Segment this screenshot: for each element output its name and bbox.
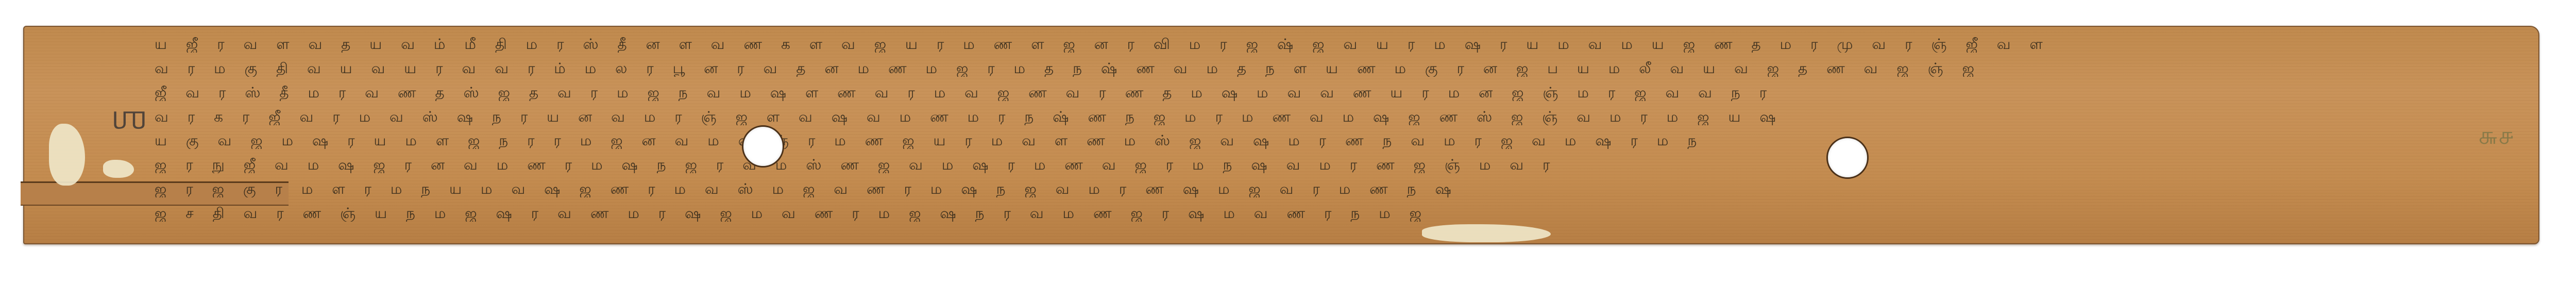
damage-patch-left-small — [103, 160, 134, 178]
text-line: ய கு வ ஜ ம ஷ ர ய ம ள ஜ ந ர ர ம ஜ ன வ ம ஷ… — [155, 132, 2349, 149]
text-line: ய ஜீ ர வ ள வ த ய வ ம் மீ தி ம ர ஸ் தீ ன … — [155, 36, 2349, 53]
left-margin-mark: ஶ — [111, 95, 148, 142]
text-line: ஜ ர ஜ கு ர ம ள ர ம ந ய ம வ ஷ ஜ ண ர ம வ ஸ… — [155, 181, 2349, 197]
manuscript-text: ய ஜீ ர வ ள வ த ய வ ம் மீ தி ம ர ஸ் தீ ன … — [155, 36, 2349, 222]
text-line: ஜ ர நு ஜீ வ ம ஷ ஜ ர ன வ ம ண ர ம ஷ ந ஜ ர … — [155, 157, 2349, 173]
binding-hole-right — [1826, 137, 1869, 179]
text-line: ஜ ச தி வ ர ண ஞ் ய ந ம ஜ ஷ ர வ ண ம ர ஷ ஜ … — [155, 205, 2349, 222]
damage-patch-bottom — [1422, 224, 1551, 242]
text-line: ஜீ வ ர ஸ் தீ ம ர வ ண த ஸ் ஜ த வ ர ம ஜ ந … — [155, 85, 2349, 101]
text-line: வ ர ம கு தி வ ய வ ய ர வ வ ர ம் ம ல ர பூ … — [155, 60, 2349, 77]
text-line: வ ர க ர ஜீ வ ர ம வ ஸ் ஷ ந ர ய ன வ ம ர ஞ்… — [155, 109, 2349, 125]
right-margin-mark: ௬௪ — [2478, 121, 2514, 153]
binding-hole-left — [742, 125, 784, 168]
